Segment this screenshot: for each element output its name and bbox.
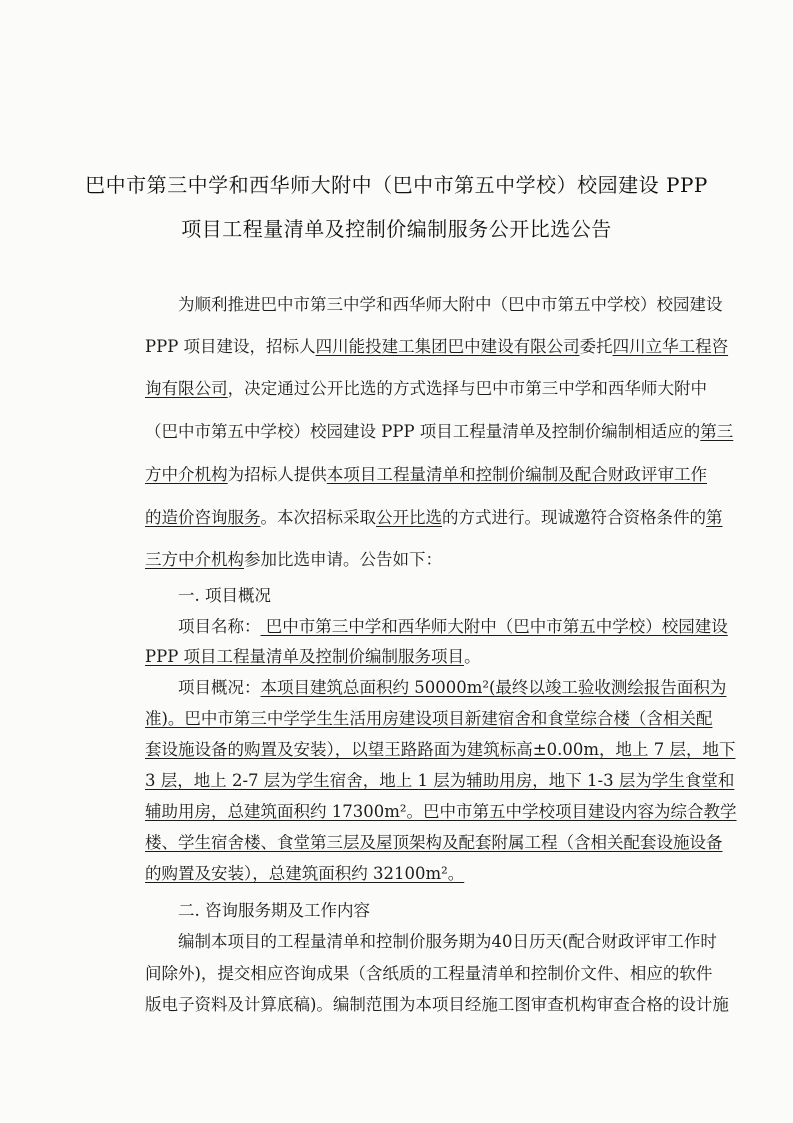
project-name-label: 项目名称：: [178, 617, 261, 636]
intermediary-term: 第三: [700, 422, 733, 441]
document-title-line-1: 巴中市第三中学和西华师大附中（巴中市第五中学校）校园建设 PPP: [0, 169, 793, 198]
intermediary-term: 第: [706, 508, 723, 527]
overview-label: 项目概况：: [178, 678, 261, 697]
agent-name: 四川立华工程咨: [613, 337, 729, 356]
intro-line-1: 为顺利推进巴中市第三中学和西华师大附中（巴中市第五中学校）校园建设: [178, 291, 707, 315]
project-name-line-1: 项目名称： 巴中市第三中学和西华师大附中（巴中市第五中学校）校园建设: [178, 613, 707, 637]
intro-line-4: （巴中市第五中学校）校园建设 PPP 项目工程量清单及控制价编制相适应的第三: [145, 418, 707, 442]
intro-text: 。本次招标采取: [261, 508, 377, 527]
project-name-line-2: PPP 项目工程量清单及控制价编制服务项目。: [145, 643, 707, 667]
intro-line-7: 三方中介机构参加比选申请。公告如下：: [145, 546, 707, 570]
intro-line-3: 询有限公司，决定通过公开比选的方式选择与巴中市第三中学和西华师大附中: [145, 375, 707, 399]
intro-text: （巴中市第五中学校）校园建设 PPP 项目工程量清单及控制价编制相适应的: [145, 422, 700, 441]
intro-text: 为招标人提供: [228, 465, 327, 484]
intro-text: ，决定通过公开比选的方式选择与巴中市第三中学和西华师大附中: [228, 379, 707, 398]
intro-line-5: 方中介机构为招标人提供本项目工程量清单和控制价编制及配合财政评审工作: [145, 461, 707, 485]
document-title-line-2: 项目工程量清单及控制价编制服务公开比选公告: [0, 213, 793, 242]
service-line-2: 间除外)，提交相应咨询成果（含纸质的工程量清单和控制价文件、相应的软件: [145, 960, 707, 984]
intro-text: PPP 项目建设，招标人: [145, 337, 316, 356]
overview-text: 本项目建筑总面积约 50000m²(最终以竣工验收测绘报告面积为: [261, 678, 727, 697]
intro-text: 参加比选申请。公告如下：: [244, 550, 442, 569]
overview-line-2: 准)。巴中市第三中学学生生活用房建设项目新建宿舍和食堂综合楼（含相关配: [145, 705, 707, 729]
selection-method: 公开比选: [376, 508, 442, 527]
overview-line-7: 的购置及安装），总建筑面积约 32100m²。: [145, 860, 707, 884]
intro-line-2: PPP 项目建设，招标人四川能投建工集团巴中建设有限公司委托四川立华工程咨: [145, 333, 707, 357]
intro-text: 委托: [580, 337, 613, 356]
intro-line-6: 的造价咨询服务。本次招标采取公开比选的方式进行。现诚邀符合资格条件的第: [145, 504, 707, 528]
intermediary-term: 三方中介机构: [145, 550, 244, 569]
overview-line-6: 楼、学生宿舍楼、食堂第三层及屋顶架构及配套附属工程（含相关配套设施设备: [145, 829, 707, 853]
service-scope: 本项目工程量清单和控制价编制及配合财政评审工作: [327, 465, 707, 484]
intro-text: 的方式进行。现诚邀符合资格条件的: [442, 508, 706, 527]
punctuation: 。: [464, 647, 481, 666]
service-line-3: 版电子资料及计算底稿)。编制范围为本项目经施工图审查机构审查合格的设计施: [145, 991, 707, 1015]
overview-line-5: 辅助用房，总建筑面积约 17300m²。巴中市第五中学校项目建设内容为综合教学: [145, 798, 707, 822]
section-2-heading: 二. 咨询服务期及工作内容: [178, 897, 370, 921]
overview-line-4: 3 层，地上 2-7 层为学生宿舍，地上 1 层为辅助用房，地下 1-3 层为学…: [145, 767, 707, 791]
project-name-value: 巴中市第三中学和西华师大附中（巴中市第五中学校）校园建设: [261, 617, 728, 636]
overview-text: 的购置及安装），总建筑面积约 32100m²。: [145, 864, 464, 883]
overview-line-3: 套设施设备的购置及安装），以望王路路面为建筑标高±0.00m，地上 7 层，地下: [145, 736, 707, 760]
intermediary-term: 方中介机构: [145, 465, 228, 484]
service-line-1: 编制本项目的工程量清单和控制价服务期为40日历天(配合财政评审工作时: [178, 928, 707, 952]
project-name-value: PPP 项目工程量清单及控制价编制服务项目: [145, 647, 464, 666]
overview-line-1: 项目概况：本项目建筑总面积约 50000m²(最终以竣工验收测绘报告面积为: [178, 674, 707, 698]
agent-name-cont: 询有限公司: [145, 379, 228, 398]
section-1-heading: 一. 项目概况: [178, 582, 271, 606]
tenderer-name: 四川能投建工集团巴中建设有限公司: [316, 337, 580, 356]
service-scope: 的造价咨询服务: [145, 508, 261, 527]
document-page: 巴中市第三中学和西华师大附中（巴中市第五中学校）校园建设 PPP 项目工程量清单…: [0, 0, 793, 1123]
